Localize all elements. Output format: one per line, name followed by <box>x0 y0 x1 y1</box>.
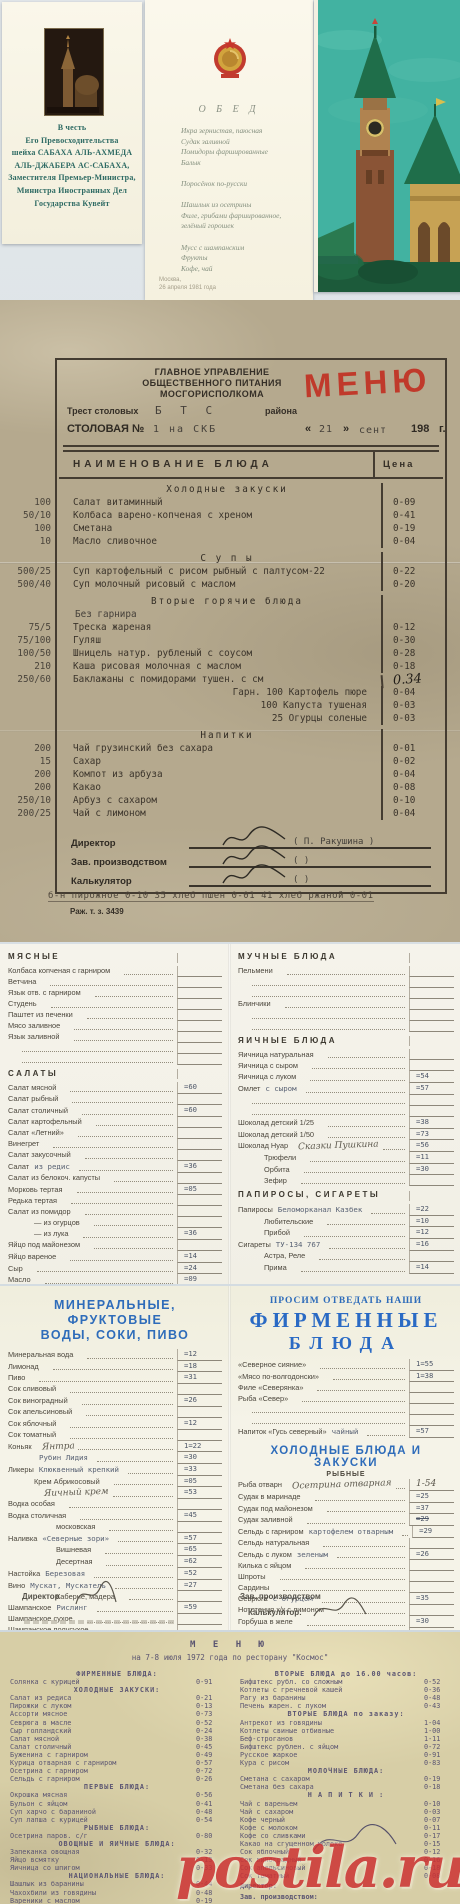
drinks-section: МИНЕРАЛЬНЫЕ, ФРУКТОВЫЕ ВОДЫ, СОКИ, ПИВО … <box>0 1286 460 1630</box>
dish-price <box>381 552 445 565</box>
item-name: Масло <box>8 1275 31 1284</box>
item-price: =05 <box>177 1476 222 1488</box>
item-typed-value: картофелем отварным <box>304 1527 394 1538</box>
signature-name: ( ) <box>289 856 431 868</box>
dot-leader <box>317 1390 405 1391</box>
portion-size: 10 <box>5 535 51 548</box>
double-rule <box>63 445 439 452</box>
item-name: Салат закусочный <box>8 1150 71 1161</box>
dish-price: 0-91 <box>196 1678 224 1686</box>
item-price <box>177 1195 222 1206</box>
kosmos-row: Н А П И Т К И : <box>240 1791 452 1799</box>
dot-leader <box>71 1203 173 1204</box>
pricelist-row: МЯСНЫЕ <box>8 952 222 963</box>
dish-row: Гарн. 100 Картофель пюре 0-04 <box>61 686 445 699</box>
obed-menu-line <box>181 232 309 243</box>
dish-name: Чахохбили из говядины <box>10 1889 196 1897</box>
item-price: =05 <box>177 1184 222 1196</box>
dish-price: 0-41 <box>381 509 445 522</box>
pricelist-row: Салат рыбный <box>8 1094 222 1105</box>
item-name: Филе «Северянка» <box>238 1383 303 1394</box>
item-name: Яичница с луком <box>238 1072 296 1083</box>
dish-name: Суп молочный рисовый с маслом <box>61 578 381 591</box>
item-price: =14 <box>177 1251 222 1263</box>
dish-name: Осетрина паров. с/г <box>10 1832 196 1840</box>
dot-leader <box>252 1423 405 1424</box>
item-price <box>177 1407 222 1418</box>
pricelist-row: Язык заливной <box>8 1032 222 1043</box>
org-line-2: ОБЩЕСТВЕННОГО ПИТАНИЯ <box>83 378 341 389</box>
item-price: =60 <box>177 1082 222 1094</box>
pricelist-row: московская <box>8 1522 222 1533</box>
item-name: Сок яблочный <box>8 1419 56 1430</box>
kosmos-row: Бульон с яйцом 0-41 <box>10 1800 224 1808</box>
item-price <box>409 977 454 988</box>
dish-price: 0-12 <box>381 621 445 634</box>
raion-label: района <box>265 406 297 416</box>
dish-price: 0-04 <box>381 686 445 699</box>
pricelist-row: Язык отв. с гарниром <box>8 988 222 999</box>
dish-price <box>381 483 445 496</box>
kosmos-row: Салат мясной 0-38 <box>10 1735 224 1743</box>
dot-leader <box>79 1170 173 1171</box>
dot-leader <box>105 1553 173 1554</box>
dish-price: 0-48 <box>196 1808 224 1816</box>
dot-leader <box>124 974 173 975</box>
dot-leader <box>96 1125 173 1126</box>
dot-leader <box>114 1484 173 1485</box>
dot-leader <box>78 1449 173 1450</box>
item-name: Язык отв. с гарниром <box>8 988 81 999</box>
portion-size: 250/10 <box>5 794 51 807</box>
dish-name: Вареники с маслом <box>10 1897 196 1904</box>
item-price: =54 <box>409 1071 454 1083</box>
item-name: Судак в маринаде <box>238 1492 301 1503</box>
pricelist-row: Судак в маринаде =25 <box>238 1491 454 1503</box>
dish-name: Яичница со шпигом <box>10 1864 196 1872</box>
dot-leader <box>396 1488 405 1489</box>
item-price: =25 <box>409 1491 454 1503</box>
dot-leader <box>53 1147 173 1148</box>
item-price: =30 <box>177 1452 222 1464</box>
illegible-fineprint <box>24 1620 174 1624</box>
pricelist-row: Водка особая <box>8 1499 222 1510</box>
item-typed-value: зеленым <box>292 1550 328 1561</box>
dish-name: Сметана без сахара <box>240 1783 424 1791</box>
dot-leader <box>315 1500 405 1501</box>
item-name: Колбаса копченая с гарниром <box>8 966 110 977</box>
dot-leader <box>85 1214 173 1215</box>
portion-size: 15 <box>5 755 51 768</box>
item-name: Коньяк <box>8 1442 32 1453</box>
dish-row: 500/25 Суп картофельный с рисом рыбный с… <box>61 565 445 578</box>
dot-leader <box>252 1412 405 1413</box>
signature-line <box>189 869 289 887</box>
item-price <box>409 1021 454 1032</box>
dish-name: Масло сливочное <box>61 535 381 548</box>
dish-name: Арбуз с сахаром <box>61 794 381 807</box>
dot-leader <box>37 1271 173 1272</box>
dish-price: 0-22 <box>381 565 445 578</box>
dish-name: ВТОРЫЕ БЛЮДА до 16.00 часов: <box>275 1670 418 1678</box>
dot-leader <box>323 1546 405 1547</box>
trest-line: Трест столовых Б Т С района <box>67 406 435 421</box>
drinks-column: МИНЕРАЛЬНЫЕ, ФРУКТОВЫЕ ВОДЫ, СОКИ, ПИВО … <box>8 1290 222 1630</box>
pricelist-row: Сельдь с луком зеленым =26 <box>238 1549 454 1561</box>
dish-price: 0-41 <box>196 1800 224 1808</box>
pricelist-row: Сельдь с гарниром картофелем отварным =2… <box>238 1526 454 1538</box>
pricelist-row: Яйцо под майонезом <box>8 1240 222 1251</box>
dish-name: Суп харчо с бараниной <box>10 1808 196 1816</box>
pricelist-row: Сок апельсиновый <box>8 1407 222 1418</box>
item-name: «Мясо по-волгодонски» <box>238 1372 319 1383</box>
menu-scan-collage: В честьЕго Превосходительствашейха САБАХ… <box>0 0 460 1904</box>
dish-price: 0-57 <box>196 1759 224 1767</box>
item-name: Сок томатный <box>8 1430 56 1441</box>
dish-name: Яйцо всмятку <box>10 1856 196 1864</box>
portion-size: 50/10 <box>5 509 51 522</box>
item-name: Сигареты <box>238 1240 271 1251</box>
dot-leader <box>97 1461 173 1462</box>
item-typed-value: ТУ-134 767 <box>271 1240 321 1251</box>
kosmos-row: Буженина с гарниром 0-49 <box>10 1751 224 1759</box>
dot-leader <box>327 1224 405 1225</box>
org-line-3: МОСГОРИСПОЛКОМА <box>83 389 341 400</box>
dot-leader <box>328 1137 405 1138</box>
pricelist-row: Прима =14 <box>238 1262 454 1274</box>
dish-name: 100 Капуста тушеная <box>61 699 381 712</box>
pricelist-row: Килька с яйцом <box>238 1560 454 1571</box>
portion-size: 250/60 <box>5 673 51 686</box>
item-name: Студень <box>8 999 37 1010</box>
item-price <box>409 966 454 977</box>
dot-leader <box>306 1092 405 1093</box>
meat-column: МЯСНЫЕ Колбаса копченая с гарниром Ветчи… <box>8 948 222 1284</box>
pricelist-row: Салат из редис =36 <box>8 1161 222 1173</box>
dish-name: Треска жареная <box>61 621 381 634</box>
dish-row: 100 Салат витаминный 0-09 <box>61 496 445 509</box>
pricelist-row <box>238 1415 454 1426</box>
pricelist-row <box>238 977 454 988</box>
dish-name: Напитки <box>61 729 381 742</box>
pricelist-row: ЯИЧНЫЕ БЛЮДА <box>238 1036 454 1047</box>
kosmos-row: ХОЛОДНЫЕ ЗАКУСКИ: <box>10 1686 224 1694</box>
item-price <box>409 953 454 963</box>
dish-name: Кура с рисом <box>240 1759 424 1767</box>
signature-label: Калькулятор <box>71 876 189 887</box>
dish-price: 0-72 <box>424 1743 452 1751</box>
dish-price <box>381 595 445 608</box>
kosmos-menu-section: М Е Н Ю на 7-8 июля 1972 года по рестора… <box>0 1632 460 1904</box>
dot-leader <box>95 996 173 997</box>
item-handwritten-value: Янтра <box>36 1441 74 1453</box>
pricelist-row: Вишневая =65 <box>8 1544 222 1556</box>
dish-name: Чай с лимоном <box>61 807 381 820</box>
item-price <box>409 1095 454 1106</box>
item-price <box>409 1382 454 1393</box>
pricelist-row: Салат из помидор <box>8 1206 222 1217</box>
dish-price: 0-38 <box>196 1735 224 1743</box>
dish-name: ВТОРЫЕ БЛЮДА по заказу: <box>287 1710 404 1718</box>
dish-price: 0-19 <box>424 1775 452 1783</box>
dish-name: Салат витаминный <box>61 496 381 509</box>
item-price <box>409 1393 454 1404</box>
item-name: Салат картофельный <box>8 1117 82 1128</box>
dish-name: 25 Огурцы соленые <box>61 712 381 725</box>
item-name: Рыба отварн <box>238 1480 282 1491</box>
dish-name: Котлеты свиные отбивные <box>240 1727 424 1735</box>
item-price: =25 <box>409 1628 454 1630</box>
drinks-header-line1: МИНЕРАЛЬНЫЕ, ФРУКТОВЫЕ <box>8 1298 222 1328</box>
dot-leader <box>87 1018 173 1019</box>
item-name: — из огурцов <box>8 1218 80 1229</box>
dish-name: Чай с сахаром <box>240 1808 424 1816</box>
dish-price: 0-19 <box>381 522 445 535</box>
dish-row: 200 Какао 0-08 <box>61 781 445 794</box>
pricelist-row: Сок сливовый <box>8 1384 222 1395</box>
kosmos-row: РЫБНЫЕ БЛЮДА: <box>10 1824 224 1832</box>
pricelist-row: Салат из белокоч. капусты <box>8 1173 222 1184</box>
pricelist-row: Винегрет <box>8 1139 222 1150</box>
item-name: Сок сливовый <box>8 1384 56 1395</box>
dish-name: Окрошка мясная <box>10 1791 196 1799</box>
banquet-card: В честьЕго Превосходительствашейха САБАХ… <box>2 2 142 244</box>
kosmos-row: Ассорти мясное 0-73 <box>10 1710 224 1718</box>
dot-leader <box>70 1427 173 1428</box>
menu-form-border: МЕНЮ ГЛАВНОЕ УПРАВЛЕНИЕ ОБЩЕСТВЕННОГО ПИ… <box>55 358 447 894</box>
dish-price: 0-10 <box>424 1800 452 1808</box>
pricelist-row <box>8 1054 222 1065</box>
dish-price: 0-03 <box>381 712 445 725</box>
item-name: МУЧНЫЕ БЛЮДА <box>238 952 337 963</box>
dish-row: 10 Масло сливочное 0-04 <box>61 535 445 548</box>
dish-price: 0-20 <box>381 578 445 591</box>
pricelist-row: Крем Абрикосовый =05 <box>8 1476 222 1488</box>
kremlin-photo <box>314 0 460 292</box>
dish-price: 0-54 <box>196 1816 224 1824</box>
item-name: Настойка <box>8 1569 40 1580</box>
dedication-text: В честьЕго Превосходительствашейха САБАХ… <box>5 122 139 210</box>
date-year-suffix: г. <box>439 423 446 435</box>
dish-price: 0-02 <box>381 755 445 768</box>
kosmos-row: Чай с вареньем 0-10 <box>240 1800 452 1808</box>
signature-block: Директор ( П. Ракушина ) Зав. производст… <box>71 830 431 887</box>
dish-price: 0-08 <box>381 781 445 794</box>
item-price: =62 <box>177 1556 222 1568</box>
dish-name: Колбаса варено-копченая с хреном <box>61 509 381 522</box>
item-price <box>409 1560 454 1571</box>
kosmos-row: Сельдь с гарниром 0-26 <box>10 1775 224 1783</box>
dish-price: 1-00 <box>424 1727 452 1735</box>
item-price: =36 <box>177 1228 222 1240</box>
dish-row: 50/10 Колбаса варено-копченая с хреном 0… <box>61 509 445 522</box>
obed-footer: Москва, 26 апреля 1981 года <box>159 276 216 292</box>
dot-leader <box>70 1091 173 1092</box>
dish-row: 100 Капуста тушеная 0-03 <box>61 699 445 712</box>
item-name: Шпроты <box>238 1572 266 1583</box>
item-name: Салат <box>8 1162 29 1173</box>
kosmos-row: Беф-строганов 1-11 <box>240 1735 452 1743</box>
item-name: Ликеры <box>8 1465 34 1476</box>
dish-row: 200/25 Чай с лимоном 0-04 <box>61 807 445 820</box>
director-label: Директор <box>22 1592 60 1601</box>
dot-leader <box>70 1438 173 1439</box>
kosmos-row: Окрошка мясная 0-56 <box>10 1791 224 1799</box>
pricelist-row: Салат мясной =60 <box>8 1082 222 1094</box>
kosmos-row: Севрюга в масле 0-52 <box>10 1719 224 1727</box>
dedication-line: Его Превосходительства <box>5 135 139 148</box>
dish-price: 0-73 <box>196 1710 224 1718</box>
portion-size: 75/5 <box>5 621 51 634</box>
item-typed-value: из редис <box>29 1162 70 1173</box>
dish-name: Бифштекс рублен. с яйцом <box>240 1743 424 1751</box>
pricelist-row: Астра, Реле <box>238 1251 454 1262</box>
item-price <box>177 1032 222 1043</box>
dish-price: 0-56 <box>196 1791 224 1799</box>
dish-price: 0-52 <box>196 1719 224 1727</box>
dish-row: 15 Сахар 0-02 <box>61 755 445 768</box>
item-name: Десертная <box>8 1557 92 1568</box>
pricelist-row: Ветчина <box>8 977 222 988</box>
dot-leader <box>310 1080 405 1081</box>
dish-price: 0-24 <box>196 1727 224 1735</box>
dish-name: Вторые горячие блюда <box>61 595 381 608</box>
item-price <box>177 1128 222 1139</box>
obed-card: О Б Е Д Икра зернистая, паюснаяСудак зал… <box>145 0 313 300</box>
dish-name: Буженина с гарниром <box>10 1751 196 1759</box>
pricelist-row <box>238 1021 454 1032</box>
stolovaya-line: СТОЛОВАЯ № 1 на СКБ « 21 » сент 198 г. <box>67 423 435 441</box>
signature-name: ( ) <box>289 875 431 887</box>
signature-row: Калькулятор ( ) <box>71 868 431 887</box>
dish-row: 210 Каша рисовая молочная с маслом 0-18 <box>61 660 445 673</box>
dish-price: 0-04 <box>381 768 445 781</box>
dot-leader <box>252 985 405 986</box>
dot-leader <box>118 1541 173 1542</box>
pricelist-row: Яичница с сыром <box>238 1060 454 1071</box>
dot-leader <box>128 1473 173 1474</box>
dot-leader <box>252 996 405 997</box>
item-price: 1=55 <box>409 1359 454 1371</box>
director-signature <box>70 1580 120 1610</box>
dish-name: Рагу из баранины <box>240 1694 424 1702</box>
item-name: Редька тертая <box>8 1196 57 1207</box>
item-name: — из лука <box>8 1229 69 1240</box>
pricelist-row: Сыр =24 <box>8 1263 222 1275</box>
dot-leader <box>106 1565 173 1566</box>
item-name: Язык заливной <box>8 1032 60 1043</box>
item-name: Сыр <box>8 1264 23 1275</box>
item-name: Судак под майонезом <box>238 1504 313 1515</box>
dish-name: Чай с вареньем <box>240 1800 424 1808</box>
dish-price: 0-07 <box>424 1816 452 1824</box>
dish-name: Беф-строганов <box>240 1735 424 1743</box>
dish-name: Каша рисовая молочная с маслом <box>61 660 381 673</box>
item-name: Любительские <box>238 1217 313 1228</box>
pricelist-row: Редька тертая <box>8 1195 222 1206</box>
pricelist-row: Шоколад детский 1/50 =73 <box>238 1129 454 1141</box>
kosmos-row: Печень жарен. с луком 0-43 <box>240 1702 452 1710</box>
kosmos-row: Курица отварная с гарниром 0-57 <box>10 1759 224 1767</box>
drinks-header: МИНЕРАЛЬНЫЕ, ФРУКТОВЫЕ ВОДЫ, СОКИ, ПИВО <box>8 1298 222 1343</box>
dot-leader <box>402 1535 408 1536</box>
dedication-line: АЛЬ-ДЖАБЕРА АС-САБАХА, <box>5 160 139 173</box>
dot-leader <box>252 1114 405 1115</box>
dish-table: Холодные закуски 100 Салат витаминный 0-… <box>61 483 445 820</box>
dish-price: 0-52 <box>424 1678 452 1686</box>
item-name: Морковь тертая <box>8 1185 63 1196</box>
dot-leader <box>53 1369 173 1370</box>
item-price <box>177 1522 222 1533</box>
dot-leader <box>83 1237 173 1238</box>
dish-name: Без гарнира <box>61 608 381 621</box>
item-price <box>177 1054 222 1065</box>
kosmos-row: Рагу из баранины 0-48 <box>240 1694 452 1702</box>
dish-row: 250/60 Баклажаны с помидорами тушен. с с… <box>61 673 445 686</box>
dot-leader <box>252 1103 405 1104</box>
kosmos-row: Сметана с сахаром 0-19 <box>240 1775 452 1783</box>
portion-size: 200 <box>5 742 51 755</box>
item-price <box>177 966 222 977</box>
column-price: Цена <box>373 452 445 477</box>
kosmos-row: Осетрина с гарниром 0-72 <box>10 1767 224 1775</box>
date-quote-open: « <box>305 423 311 435</box>
pricelist-row: Напиток «Гусь северный» чайный =57 <box>238 1426 454 1438</box>
pricelist-row: МУЧНЫЕ БЛЮДА <box>238 952 454 963</box>
invite-text: ПРОСИМ ОТВЕДАТЬ НАШИ <box>238 1296 454 1306</box>
kosmos-row: Кура с рисом 0-83 <box>240 1759 452 1767</box>
dish-price: 0-10 <box>381 794 445 807</box>
dot-leader <box>287 974 405 975</box>
item-price <box>409 1049 454 1060</box>
dot-leader <box>113 1496 173 1497</box>
pricelist-row: Морковь тертая =05 <box>8 1184 222 1196</box>
portion-size: 210 <box>5 660 51 673</box>
item-price: 1=22 <box>177 1441 222 1453</box>
kosmos-row: Пирожки с луком 0-13 <box>10 1702 224 1710</box>
kosmos-row: Чай с сахаром 0-03 <box>240 1808 452 1816</box>
pricelist-row <box>238 1404 454 1415</box>
dish-row: Напитки <box>61 729 445 742</box>
center-fold <box>228 944 231 1284</box>
print-code: Раж. т. з. 3439 <box>70 907 124 916</box>
item-name: Пиво <box>8 1373 25 1384</box>
dish-price: 0-26 <box>196 1775 224 1783</box>
dedication-line: В честь <box>5 122 139 135</box>
dot-leader <box>383 1149 405 1150</box>
dish-name: Ассорти мясное <box>10 1710 196 1718</box>
dish-name: Сметана с сахаром <box>240 1775 424 1783</box>
kosmos-row: Бифштекс рубл. со сложным 0-52 <box>240 1678 452 1686</box>
item-name: Яичница натуральная <box>238 1050 314 1061</box>
dish-row: 200 Компот из арбуза 0-04 <box>61 768 445 781</box>
dish-name: Бульон с яйцом <box>10 1800 196 1808</box>
item-price: =09 <box>177 1274 222 1284</box>
dot-leader <box>86 1415 173 1416</box>
item-price: =12 <box>177 1418 222 1430</box>
dot-leader <box>22 1062 173 1063</box>
portion-size: 100/50 <box>5 647 51 660</box>
item-price: =26 <box>409 1549 454 1561</box>
item-name: Салат «Летний» <box>8 1128 64 1139</box>
dish-price: 1-11 <box>424 1735 452 1743</box>
kosmos-title: М Е Н Ю <box>0 1640 460 1650</box>
pricelist-row <box>238 1095 454 1106</box>
obed-menu-line: Мусс с шампанским <box>181 243 309 254</box>
dish-price: 0-18 <box>424 1783 452 1791</box>
dish-name: Пирожки с луком <box>10 1702 196 1710</box>
item-price: =12 <box>409 1227 454 1239</box>
